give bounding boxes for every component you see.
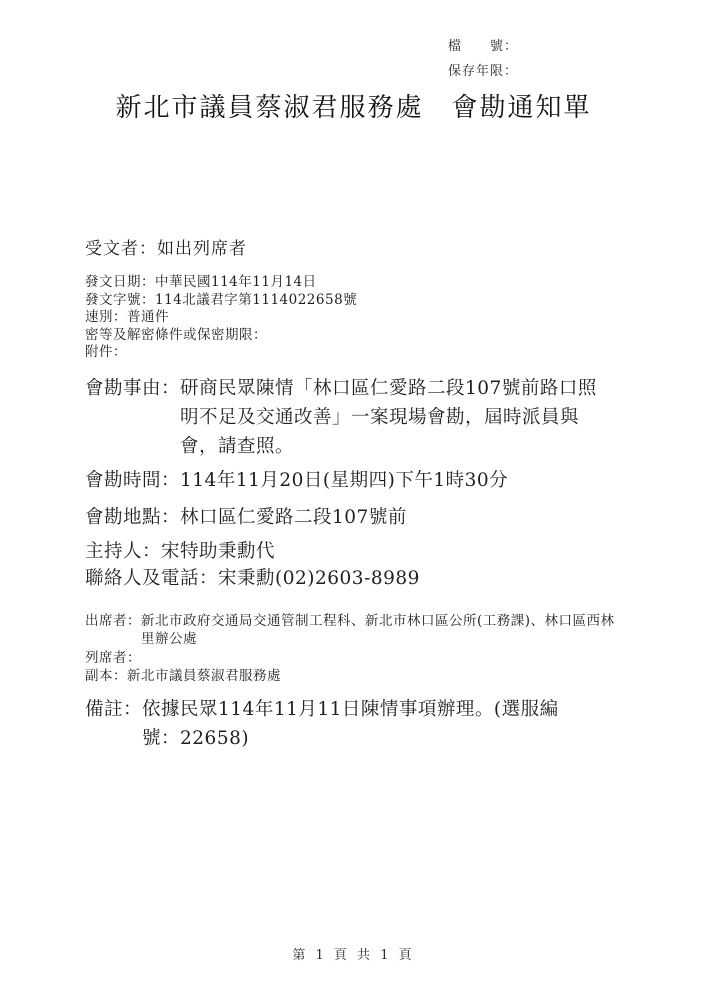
host-label: 主持人：: [85, 540, 161, 564]
copy-to-line: 副本：新北市議員蔡淑君服務處: [85, 667, 707, 686]
observers-line: 列席者：: [85, 649, 707, 668]
issue-date-line: 發文日期：中華民國114年11月14日: [85, 274, 707, 292]
field-contact-phone: 聯絡人及電話： 宋秉勳(02)2603-8989: [85, 567, 707, 591]
host-value: 宋特助秉勳代: [161, 540, 275, 564]
attachment-line: 附件：: [85, 344, 707, 362]
inspection-location-label: 會勘地點：: [85, 503, 180, 532]
inspection-time-value: 114年11月20日(星期四)下午1時30分: [180, 466, 508, 495]
field-inspection-time: 會勘時間： 114年11月20日(星期四)下午1時30分: [85, 466, 707, 495]
document-title: 新北市議員蔡淑君服務處 會勘通知單: [0, 87, 707, 124]
document-page: 檔 號： 保存年限： 新北市議員蔡淑君服務處 會勘通知單 受文者：如出列席者 發…: [0, 0, 707, 1000]
speed-class-line: 速別：普通件: [85, 309, 707, 327]
remarks-label: 備註：: [85, 695, 142, 724]
issue-number-line: 發文字號：114北議君字第1114022658號: [85, 292, 707, 310]
security-class-line: 密等及解密條件或保密期限：: [85, 327, 707, 345]
inspection-location-value: 林口區仁愛路二段107號前: [180, 503, 407, 532]
field-attendees: 出席者： 新北市政府交通局交通管制工程科、新北市林口區公所(工務課)、林口區西林…: [85, 612, 707, 649]
retention-period-label: 保存年限：: [448, 59, 707, 84]
attendees-label: 出席者：: [85, 612, 141, 631]
inspection-time-label: 會勘時間：: [85, 466, 180, 495]
meta-block: 發文日期：中華民國114年11月14日 發文字號：114北議君字第1114022…: [85, 274, 707, 362]
field-inspection-reason: 會勘事由： 研商民眾陳情「林口區仁愛路二段107號前路口照明不足及交通改善」一案…: [85, 374, 707, 461]
file-info-block: 檔 號： 保存年限：: [448, 34, 707, 84]
contact-phone-value: 宋秉勳(02)2603-8989: [218, 567, 420, 591]
attendees-value: 新北市政府交通局交通管制工程科、新北市林口區公所(工務課)、林口區西林里辦公處: [141, 612, 627, 649]
participants-block: 出席者： 新北市政府交通局交通管制工程科、新北市林口區公所(工務課)、林口區西林…: [85, 612, 707, 686]
file-number-label: 檔 號：: [448, 34, 707, 59]
remarks-value: 依據民眾114年11月11日陳情事項辦理。(選服編號：22658): [142, 695, 586, 753]
page-number-footer: 第 1 頁 共 1 頁: [0, 944, 707, 963]
field-inspection-location: 會勘地點： 林口區仁愛路二段107號前: [85, 503, 707, 532]
inspection-reason-label: 會勘事由：: [85, 374, 180, 403]
contact-phone-label: 聯絡人及電話：: [85, 567, 218, 591]
inspection-reason-value: 研商民眾陳情「林口區仁愛路二段107號前路口照明不足及交通改善」一案現場會勘，屆…: [180, 374, 611, 461]
field-remarks: 備註： 依據民眾114年11月11日陳情事項辦理。(選服編號：22658): [85, 695, 707, 753]
field-host: 主持人： 宋特助秉勳代: [85, 540, 707, 564]
recipient-line: 受文者：如出列席者: [85, 234, 707, 259]
